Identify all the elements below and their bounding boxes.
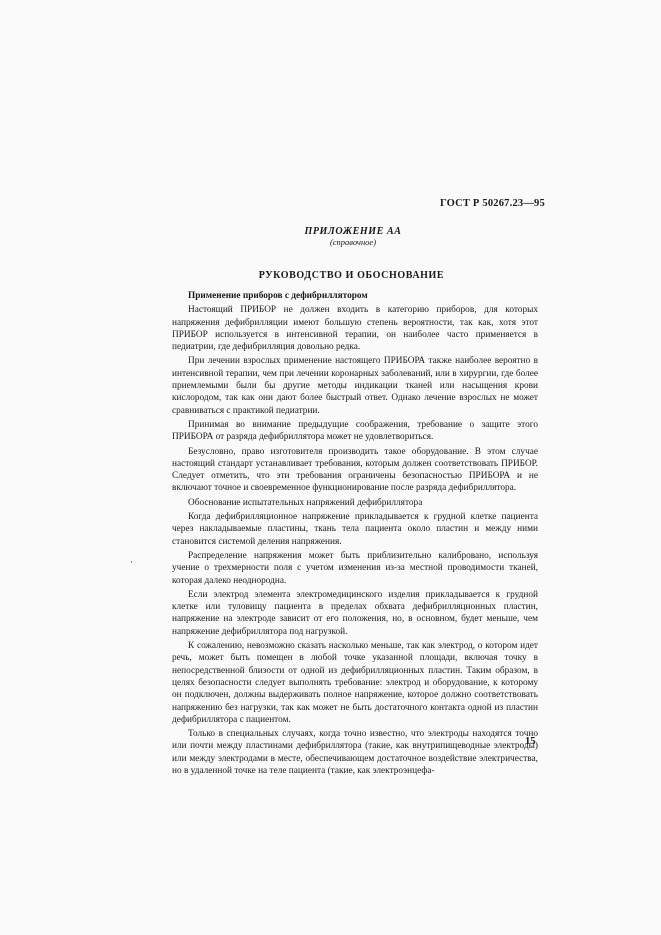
paragraph: Настоящий ПРИБОР не должен входить в кат… bbox=[172, 304, 538, 353]
section-title: РУКОВОДСТВО И ОБОСНОВАНИЕ bbox=[0, 270, 661, 281]
paragraph: К сожалению, невозможно сказать наскольк… bbox=[172, 640, 538, 726]
paragraph-subheading: Обоснование испытательных напряжений деф… bbox=[172, 497, 538, 509]
body-text: Применение приборов с дефибриллятором На… bbox=[172, 290, 538, 779]
paragraph-heading: Применение приборов с дефибриллятором bbox=[172, 290, 538, 302]
standard-number-header: ГОСТ Р 50267.23—95 bbox=[440, 198, 545, 209]
paragraph: При лечении взрослых применение настояще… bbox=[172, 355, 538, 416]
paragraph: Распределение напряжения может быть приб… bbox=[172, 550, 538, 587]
paragraph: Когда дефибрилляционное напряжение прикл… bbox=[172, 511, 538, 548]
paragraph: Если электрод элемента электромедицинско… bbox=[172, 589, 538, 638]
paragraph: Принимая во внимание предыдущие соображе… bbox=[172, 419, 538, 444]
paragraph: Безусловно, право изготовителя производи… bbox=[172, 446, 538, 495]
appendix-heading: ПРИЛОЖЕНИЕ АА (справочное) bbox=[0, 226, 661, 247]
document-page: ГОСТ Р 50267.23—95 ПРИЛОЖЕНИЕ АА (справо… bbox=[0, 0, 661, 935]
scan-speck bbox=[131, 561, 132, 563]
appendix-title: ПРИЛОЖЕНИЕ АА bbox=[45, 226, 661, 237]
appendix-subtitle: (справочное) bbox=[45, 237, 661, 247]
paragraph: Только в специальных случаях, когда точн… bbox=[172, 728, 538, 777]
page-number: 15 bbox=[525, 736, 536, 747]
